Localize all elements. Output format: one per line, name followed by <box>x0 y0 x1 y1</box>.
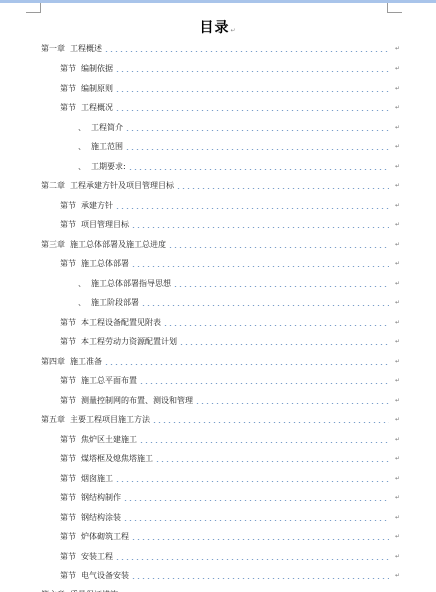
toc-entry-level-2[interactable]: 第节煤塔框及熄焦塔施工↵ <box>60 452 400 464</box>
paragraph-mark-icon: ↵ <box>395 103 400 113</box>
toc-entry-level-2[interactable]: 第节电气设备安装↵ <box>60 569 400 581</box>
toc-entry-level-2[interactable]: 第节项目管理目标↵ <box>60 218 400 230</box>
toc-entry-level-3[interactable]: 、工程简介↵ <box>91 121 400 133</box>
paragraph-mark-icon: ↵ <box>395 220 400 230</box>
toc-entry-text: 工程承建方针及项目管理目标 <box>70 181 174 191</box>
dot-leader <box>131 578 389 579</box>
toc-entry-number: 第节 <box>60 259 76 269</box>
toc-title: 目录↵ <box>0 17 436 37</box>
toc-entry-level-2[interactable]: 第节本工程劳动力资源配置计划↵ <box>60 335 400 347</box>
toc-entry-level-1[interactable]: 第一章工程概述↵ <box>41 42 400 54</box>
toc-entry-text: 本工程劳动力资源配置计划 <box>81 337 177 347</box>
dot-leader <box>139 383 389 384</box>
dot-leader <box>179 344 389 345</box>
toc-entry-text: 工程简介 <box>91 123 123 133</box>
dot-leader <box>104 364 389 365</box>
toc-entry-level-2[interactable]: 第节施工总平面布置↵ <box>60 374 400 386</box>
toc-entry-level-1[interactable]: 第六章质量保证措施↵ <box>41 588 400 592</box>
toc-entry-text: 炉体砌筑工程 <box>81 532 129 542</box>
toc-entry-bullet: 、 <box>78 279 86 289</box>
margin-corner-top-right <box>387 3 402 13</box>
dot-leader <box>163 325 389 326</box>
paragraph-mark-icon: ↵ <box>395 454 400 464</box>
toc-entry-level-1[interactable]: 第二章工程承建方针及项目管理目标↵ <box>41 179 400 191</box>
toc-entry-number: 第节 <box>60 454 76 464</box>
toc-entry-number: 第五章 <box>41 415 65 425</box>
toc-entry-number: 第节 <box>60 376 76 386</box>
toc-entry-text: 焦炉区土建施工 <box>81 435 137 445</box>
dot-leader <box>128 169 389 170</box>
toc-entry-text: 钢结构涂装 <box>81 513 121 523</box>
toc-entry-text: 施工总体部署 <box>81 259 129 269</box>
page-top-edge <box>0 0 436 3</box>
dot-leader <box>131 539 389 540</box>
toc-entry-bullet: 、 <box>78 298 86 308</box>
toc-entry-text: 安装工程 <box>81 552 113 562</box>
toc-entry-text: 施工阶段部署 <box>91 298 139 308</box>
dot-leader <box>115 71 389 72</box>
toc-entry-number: 第节 <box>60 552 76 562</box>
dot-leader <box>176 188 389 189</box>
toc-entry-bullet: 、 <box>78 123 86 133</box>
paragraph-mark-icon: ↵ <box>395 396 400 406</box>
paragraph-mark-icon: ↵ <box>395 259 400 269</box>
paragraph-mark-icon: ↵ <box>395 532 400 542</box>
paragraph-mark-icon: ↵ <box>395 123 400 133</box>
toc-entry-number: 第一章 <box>41 44 65 54</box>
toc-entry-level-3[interactable]: 、施工阶段部署↵ <box>91 296 400 308</box>
dot-leader <box>115 559 389 560</box>
toc-entry-bullet: 、 <box>78 142 86 152</box>
toc-entry-number: 第节 <box>60 435 76 445</box>
paragraph-mark-icon: ↵ <box>395 298 400 308</box>
toc-entry-text: 烟囱施工 <box>81 474 113 484</box>
toc-entry-number: 第三章 <box>41 240 65 250</box>
toc-entry-number: 第二章 <box>41 181 65 191</box>
dot-leader <box>139 442 389 443</box>
paragraph-mark-icon: ↵ <box>395 571 400 581</box>
toc-entry-number: 第节 <box>60 337 76 347</box>
paragraph-mark-icon: ↵ <box>395 44 400 54</box>
toc-entry-text: 施工范围 <box>91 142 123 152</box>
toc-entry-text: 工程概况 <box>81 103 113 113</box>
toc-entry-level-2[interactable]: 第节测量控制网的布置、测设和管理↵ <box>60 394 400 406</box>
paragraph-mark-icon: ↵ <box>395 240 400 250</box>
paragraph-mark-icon: ↵ <box>395 318 400 328</box>
toc-entry-number: 第节 <box>60 571 76 581</box>
toc-entry-text: 电气设备安装 <box>81 571 129 581</box>
toc-entry-number: 第节 <box>60 220 76 230</box>
toc-entry-text: 主要工程项目施工方法 <box>70 415 150 425</box>
toc-entry-level-2[interactable]: 第节工程概况↵ <box>60 101 400 113</box>
toc-entry-level-3[interactable]: 、工期要求:↵ <box>91 160 400 172</box>
dot-leader <box>115 91 389 92</box>
toc-entry-text: 施工总平面布置 <box>81 376 137 386</box>
toc-entry-level-1[interactable]: 第四章施工准备↵ <box>41 355 400 367</box>
toc-entry-text: 施工总体部署指导思想 <box>91 279 171 289</box>
toc-entry-level-2[interactable]: 第节承建方针↵ <box>60 199 400 211</box>
dot-leader <box>195 403 389 404</box>
toc-entry-text: 施工准备 <box>70 357 102 367</box>
toc-entry-text: 本工程设备配置见附表 <box>81 318 161 328</box>
toc-entry-level-2[interactable]: 第节钢结构涂装↵ <box>60 511 400 523</box>
dot-leader <box>155 461 389 462</box>
paragraph-mark-icon: ↵ <box>395 84 400 94</box>
toc-entry-number: 第节 <box>60 493 76 503</box>
toc-entry-number: 第节 <box>60 64 76 74</box>
toc-entry-number: 第节 <box>60 201 76 211</box>
toc-entry-number: 第节 <box>60 84 76 94</box>
dot-leader <box>131 227 389 228</box>
toc-entry-text: 测量控制网的布置、测设和管理 <box>81 396 193 406</box>
toc-entry-text: 工程概述 <box>70 44 102 54</box>
paragraph-mark-icon: ↵ <box>395 474 400 484</box>
dot-leader <box>141 305 389 306</box>
paragraph-mark-icon: ↵ <box>395 279 400 289</box>
toc-entry-number: 第节 <box>60 396 76 406</box>
paragraph-mark-icon: ↵ <box>395 181 400 191</box>
dot-leader <box>168 247 389 248</box>
dot-leader <box>152 422 389 423</box>
dot-leader <box>115 481 389 482</box>
toc-entry-level-1[interactable]: 第五章主要工程项目施工方法↵ <box>41 413 400 425</box>
toc-entry-text: 项目管理目标 <box>81 220 129 230</box>
paragraph-mark-icon: ↵ <box>395 376 400 386</box>
paragraph-mark-icon: ↵ <box>395 513 400 523</box>
toc-entry-level-2[interactable]: 第节烟囱施工↵ <box>60 472 400 484</box>
toc-entry-level-2[interactable]: 第节炉体砌筑工程↵ <box>60 530 400 542</box>
toc-entry-level-2[interactable]: 第节焦炉区土建施工↵ <box>60 433 400 445</box>
toc-entry-number: 第节 <box>60 532 76 542</box>
toc-entry-text: 施工总体部署及施工总进度 <box>70 240 166 250</box>
dot-leader <box>115 110 389 111</box>
toc-entry-number: 第节 <box>60 103 76 113</box>
paragraph-mark-icon: ↵ <box>395 142 400 152</box>
dot-leader <box>131 266 389 267</box>
paragraph-mark-icon: ↵ <box>395 357 400 367</box>
paragraph-mark-icon: ↵ <box>395 201 400 211</box>
dot-leader <box>173 286 389 287</box>
toc-title-text: 目录 <box>199 20 229 36</box>
toc-entry-level-2[interactable]: 第节安装工程↵ <box>60 550 400 562</box>
toc-entry-level-2[interactable]: 第节编制原则↵ <box>60 82 400 94</box>
dot-leader <box>123 520 389 521</box>
dot-leader <box>125 149 389 150</box>
toc-entry-number: 第节 <box>60 513 76 523</box>
paragraph-mark-icon: ↵ <box>395 64 400 74</box>
toc-entry-level-1[interactable]: 第三章施工总体部署及施工总进度↵ <box>41 238 400 250</box>
toc-entry-level-2[interactable]: 第节施工总体部署↵ <box>60 257 400 269</box>
toc-entry-level-3[interactable]: 、施工总体部署指导思想↵ <box>91 277 400 289</box>
toc-entry-level-2[interactable]: 第节钢结构制作↵ <box>60 491 400 503</box>
toc-entry-level-2[interactable]: 第节本工程设备配置见附表↵ <box>60 316 400 328</box>
dot-leader <box>104 51 389 52</box>
paragraph-mark-icon: ↵ <box>395 415 400 425</box>
toc-entry-text: 煤塔框及熄焦塔施工 <box>81 454 153 464</box>
toc-entry-text: 编制依据 <box>81 64 113 74</box>
toc-entry-text: 承建方针 <box>81 201 113 211</box>
margin-corner-top-left <box>26 3 41 13</box>
paragraph-mark-icon: ↵ <box>395 162 400 172</box>
toc-entry-text: 钢结构制作 <box>81 493 121 503</box>
toc-entry-text: 工期要求: <box>91 162 126 172</box>
paragraph-mark-icon: ↵ <box>230 27 236 34</box>
dot-leader <box>115 208 389 209</box>
paragraph-mark-icon: ↵ <box>395 552 400 562</box>
toc-entry-level-3[interactable]: 、施工范围↵ <box>91 140 400 152</box>
dot-leader <box>125 130 389 131</box>
toc-entry-text: 编制原则 <box>81 84 113 94</box>
dot-leader <box>123 500 389 501</box>
paragraph-mark-icon: ↵ <box>395 493 400 503</box>
toc-entry-number: 第节 <box>60 474 76 484</box>
toc-entry-bullet: 、 <box>78 162 86 172</box>
toc-entry-level-2[interactable]: 第节编制依据↵ <box>60 62 400 74</box>
paragraph-mark-icon: ↵ <box>395 337 400 347</box>
paragraph-mark-icon: ↵ <box>395 435 400 445</box>
toc-entry-number: 第四章 <box>41 357 65 367</box>
toc-entry-number: 第节 <box>60 318 76 328</box>
